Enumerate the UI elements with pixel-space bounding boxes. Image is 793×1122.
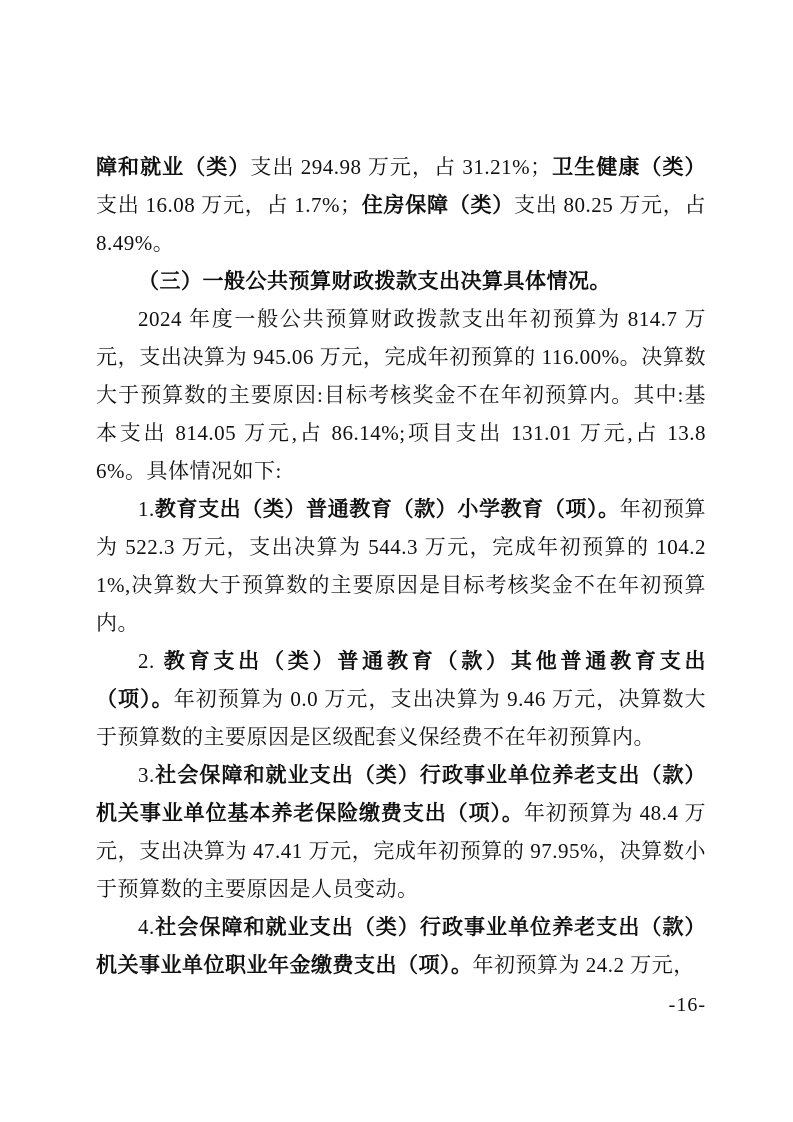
section-heading-text: （三）一般公共预算财政拨款支出决算具体情况。 <box>138 269 611 293</box>
paragraph-carryover: 障和就业（类）支出 294.98 万元，占 31.21%；卫生健康（类）支出 1… <box>96 148 706 262</box>
item-number: 4. <box>138 915 155 939</box>
page-number: -16- <box>96 986 706 1024</box>
paragraph-item-3: 3.社会保障和就业支出（类）行政事业单位养老支出（款）机关事业单位基本养老保险缴… <box>96 756 706 908</box>
section-heading: （三）一般公共预算财政拨款支出决算具体情况。 <box>96 262 706 300</box>
item-heading: 教育支出（类）普通教育（款）小学教育（项）。 <box>155 497 620 521</box>
item-number: 3. <box>138 763 155 787</box>
paragraph-item-2: 2. 教育支出（类）普通教育（款）其他普通教育支出（项）。年初预算为 0.0 万… <box>96 642 706 756</box>
paragraph-item-1: 1.教育支出（类）普通教育（款）小学教育（项）。年初预算为 522.3 万元，支… <box>96 490 706 642</box>
item-number: 1. <box>138 497 155 521</box>
document-page: 障和就业（类）支出 294.98 万元，占 31.21%；卫生健康（类）支出 1… <box>0 0 793 1122</box>
text-segment: 支出 294.98 万元，占 31.21%； <box>250 155 551 179</box>
bold-category-label: 障和就业（类） <box>96 155 250 179</box>
item-number: 2. <box>138 649 164 673</box>
text-segment: 2024 年度一般公共预算财政拨款支出年初预算为 814.7 万元，支出决算为 … <box>96 307 706 483</box>
item-body: 年初预算为 0.0 万元，支出决算为 9.46 万元，决算数大于预算数的主要原因… <box>96 687 706 749</box>
document-body: 障和就业（类）支出 294.98 万元，占 31.21%；卫生健康（类）支出 1… <box>96 148 706 984</box>
paragraph-overview: 2024 年度一般公共预算财政拨款支出年初预算为 814.7 万元，支出决算为 … <box>96 300 706 490</box>
text-segment: 支出 16.08 万元，占 1.7%； <box>96 193 362 217</box>
paragraph-item-4: 4.社会保障和就业支出（类）行政事业单位养老支出（款）机关事业单位职业年金缴费支… <box>96 908 706 984</box>
bold-category-label: 住房保障（类） <box>362 193 515 217</box>
item-body: 年初预算为 24.2 万元， <box>473 953 695 977</box>
bold-category-label: 卫生健康（类） <box>552 155 706 179</box>
